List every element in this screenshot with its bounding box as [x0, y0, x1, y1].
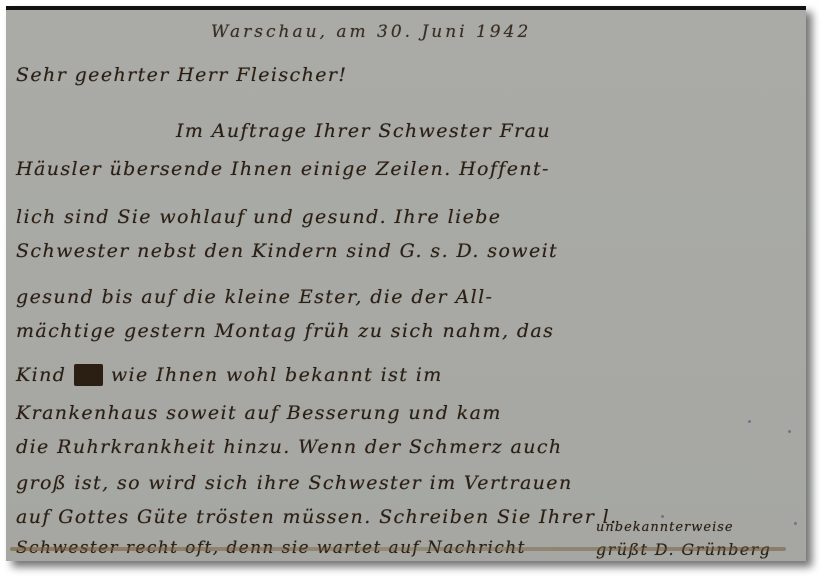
body-line-7-end: wie Ihnen wohl bekannt ist im [111, 364, 443, 386]
date-line: Warschau, am 30. Juni 1942 [211, 22, 531, 42]
body-line-5: gesund bis auf die kleine Ester, die der… [16, 286, 493, 308]
body-line-1: Im Auftrage Ihrer Schwester Frau [176, 120, 551, 142]
salutation: Sehr geehrter Herr Fleischer! [16, 64, 347, 86]
body-line-6: mächtige gestern Montag früh zu sich nah… [16, 320, 554, 342]
body-line-3: lich sind Sie wohlauf und gesund. Ihre l… [16, 206, 501, 228]
ink-speck [661, 515, 664, 518]
ink-speck [794, 522, 797, 525]
ink-speck [748, 420, 751, 423]
letter-paper: Warschau, am 30. Juni 1942 Sehr geehrter… [6, 10, 806, 561]
body-line-9: die Ruhrkrankheit hinzu. Wenn der Schmer… [16, 436, 563, 458]
paper-edge-stain [10, 547, 786, 551]
body-line-10: groß ist, so wird sich ihre Schwester im… [16, 472, 573, 494]
body-line-7: Kind ist wie Ihnen wohl bekannt ist im [16, 364, 443, 386]
closing-line-1: unbekannterweise [596, 520, 734, 535]
body-line-7-start: Kind [16, 364, 66, 386]
body-line-11: auf Gottes Güte trösten müssen. Schreibe… [16, 506, 618, 528]
body-line-2: Häusler übersende Ihnen einige Zeilen. H… [16, 158, 550, 180]
body-line-8: Krankenhaus soweit auf Besserung und kam [16, 402, 502, 424]
body-line-4: Schwester nebst den Kindern sind G. s. D… [16, 240, 558, 262]
ink-speck [788, 430, 791, 433]
struck-out-word: ist [74, 364, 104, 386]
letter-frame: Warschau, am 30. Juni 1942 Sehr geehrter… [6, 6, 806, 561]
